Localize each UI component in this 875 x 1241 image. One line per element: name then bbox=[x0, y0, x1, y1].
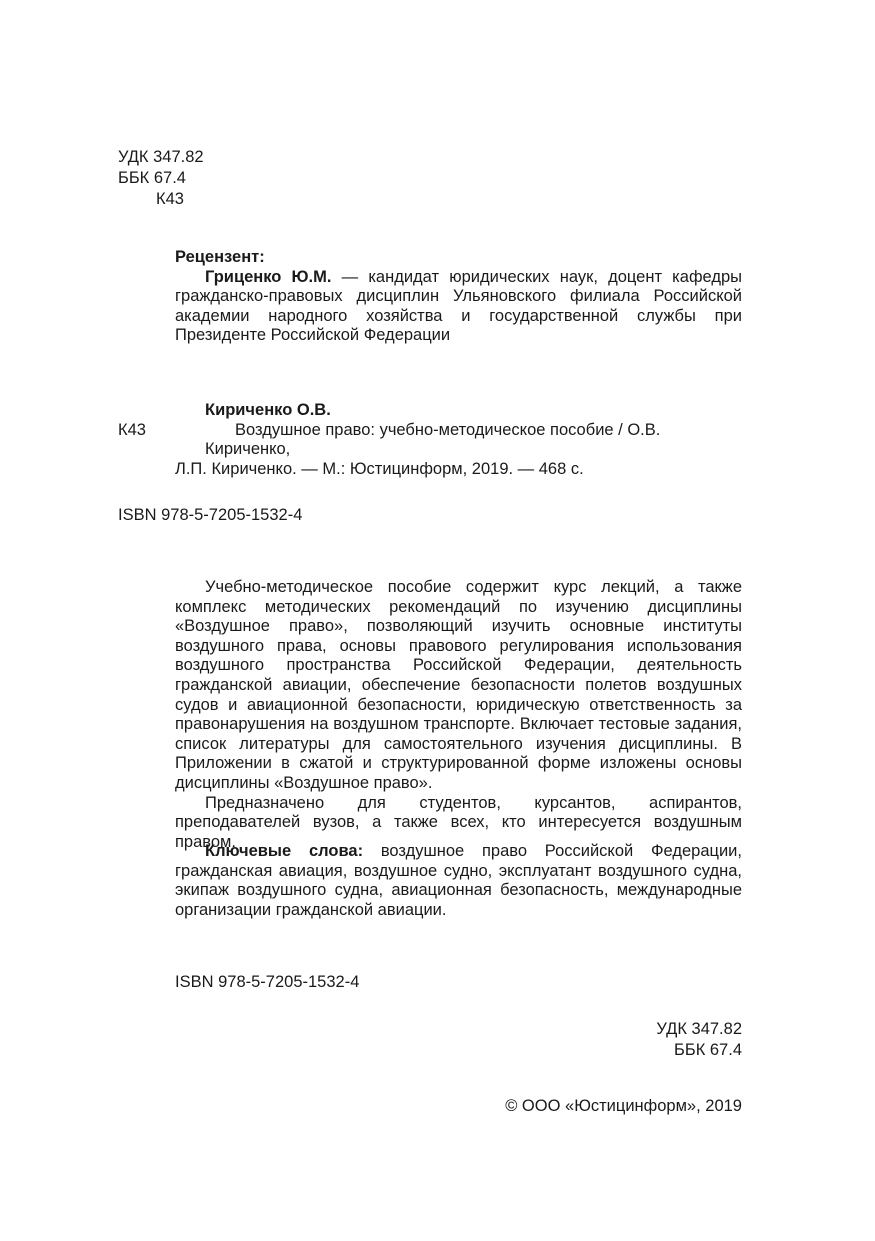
classification-codes-top: УДК 347.82 ББК 67.4 К43 bbox=[118, 148, 204, 211]
isbn-bottom: ISBN 978-5-7205-1532-4 bbox=[175, 973, 359, 993]
catalog-continuation: Л.П. Кириченко. — М.: Юстицинформ, 2019.… bbox=[118, 460, 742, 480]
udk-code: УДК 347.82 bbox=[118, 148, 204, 169]
reviewer-block: Рецензент: Гриценко Ю.М. — кандидат юрид… bbox=[175, 248, 742, 346]
bbk-code: ББК 67.4 bbox=[118, 169, 204, 190]
catalog-author-mark: К43 bbox=[118, 421, 146, 441]
udk-code-bottom: УДК 347.82 bbox=[656, 1020, 742, 1041]
isbn-top: ISBN 978-5-7205-1532-4 bbox=[118, 506, 302, 526]
bbk-code-bottom: ББК 67.4 bbox=[656, 1041, 742, 1062]
author-mark: К43 bbox=[118, 190, 204, 211]
annotation-paragraph: Учебно-методическое пособие содержит кур… bbox=[175, 578, 742, 794]
classification-codes-bottom: УДК 347.82 ББК 67.4 bbox=[656, 1020, 742, 1062]
keywords-block: Ключевые слова: воздушное право Российск… bbox=[175, 842, 742, 920]
keywords-label: Ключевые слова: bbox=[205, 842, 363, 860]
copyright-notice: © ООО «Юстицинформ», 2019 bbox=[505, 1097, 742, 1117]
reviewer-heading: Рецензент: bbox=[175, 248, 742, 268]
annotation: Учебно-методическое пособие содержит кур… bbox=[175, 578, 742, 852]
catalog-author: Кириченко О.В. bbox=[118, 401, 742, 421]
catalog-entry: Кириченко О.В. К43 Воздушное право: учеб… bbox=[118, 401, 742, 479]
reviewer-info: Гриценко Ю.М. — кандидат юридических нау… bbox=[175, 268, 742, 346]
catalog-title-line: Воздушное право: учебно-методическое пос… bbox=[118, 421, 742, 460]
reviewer-name: Гриценко Ю.М. bbox=[205, 268, 331, 286]
